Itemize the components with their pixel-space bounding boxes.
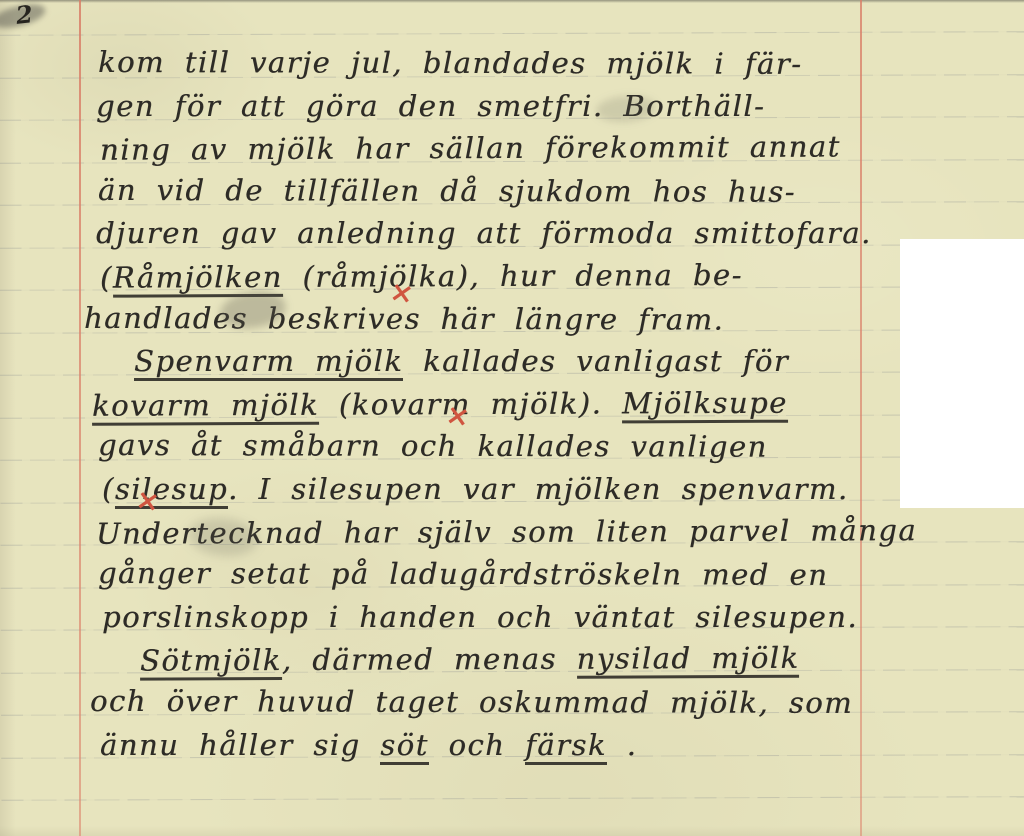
handwriting-line: och över huvud taget oskummad mjölk, som (90, 680, 886, 725)
handwriting-line: Sötmjölk, därmed menas nysilad mjölk (140, 637, 886, 683)
handwriting-line: porslinskopp i handen och väntat silesup… (102, 596, 886, 639)
handwriting-line: gånger setat på ladugårdströskeln med en (98, 552, 886, 597)
text-segment: gen för att göra den smetfri. Borthäll- (96, 89, 765, 123)
handwriting-line: ännu håller sig söt och färsk . (100, 724, 886, 767)
ruled-line (1, 796, 1024, 801)
text-segment: kom till varje jul, blandades mjölk i fä… (98, 45, 803, 81)
notebook-page: 2 kom till varje jul, blandades mjölk i … (0, 0, 1024, 836)
text-segment: ning av mjölk har sällan förekommit anna… (100, 130, 841, 167)
handwriting-text: kom till varje jul, blandades mjölk i fä… (96, 42, 886, 766)
underlined-term: nysilad mjölk (577, 641, 800, 679)
text-segment: och över huvud taget oskummad mjölk, som (90, 684, 853, 720)
underlined-term: färsk (525, 728, 607, 765)
text-segment: ( (102, 472, 115, 506)
handwriting-line: än vid de tillfällen då sjukdom hos hus- (98, 169, 886, 214)
text-segment: , därmed menas (282, 642, 577, 677)
handwriting-line: djuren gav anledning att förmoda smittof… (96, 212, 886, 255)
handwriting-line: Undertecknad har själv som liten parvel … (96, 509, 886, 555)
underlined-term: Mjölksupe (622, 385, 788, 423)
underlined-term: Spenvarm mjölk (134, 344, 403, 381)
handwriting-line: kovarm mjölk (kovarm mjölk). Mjölksupe (92, 381, 886, 427)
text-segment: än vid de tillfällen då sjukdom hos hus- (98, 173, 796, 209)
text-segment: . I silesupen var mjölken spenvarm. (228, 472, 849, 506)
handwriting-line: (silesup. I silesupen var mjölken spenva… (102, 468, 886, 511)
text-segment: kallades vanligast för (403, 344, 789, 378)
text-segment: ännu håller sig (100, 728, 380, 762)
handwriting-line: gavs åt småbarn och kallades vanligen (98, 424, 886, 469)
handwriting-line: kom till varje jul, blandades mjölk i fä… (98, 41, 886, 86)
text-segment: porslinskopp i handen och väntat silesup… (102, 600, 858, 634)
underlined-term: Råmjölken (113, 260, 283, 298)
handwriting-line: ning av mjölk har sällan förekommit anna… (100, 125, 886, 171)
handwriting-line: handlades beskrives här längre fram. (84, 297, 886, 342)
text-segment: . (607, 728, 637, 762)
underlined-term: silesup (115, 472, 228, 509)
underlined-term: söt (380, 728, 429, 765)
underlined-term: Sötmjölk (140, 643, 282, 681)
text-segment: Undertecknad har själv som liten parvel … (96, 513, 917, 551)
text-segment: gavs åt småbarn och kallades vanligen (98, 428, 768, 464)
left-margin-line (79, 0, 81, 836)
text-segment: ( (100, 261, 113, 295)
handwriting-line: (Råmjölken (råmjölka), hur denna be- (100, 253, 886, 299)
handwriting-line: Spenvarm mjölk kallades vanligast för (134, 340, 886, 383)
page-number: 2 (15, 0, 35, 30)
text-segment: djuren gav anledning att förmoda smittof… (96, 216, 872, 250)
text-segment: gånger setat på ladugårdströskeln med en (98, 556, 828, 592)
underlined-term: kovarm mjölk (92, 387, 319, 425)
ruled-line (0, 31, 1024, 36)
handwriting-line: gen för att göra den smetfri. Borthäll- (96, 85, 886, 128)
redaction-box (900, 239, 1024, 508)
text-segment: (råmjölka), hur denna be- (283, 258, 743, 294)
text-segment: och (429, 728, 525, 762)
